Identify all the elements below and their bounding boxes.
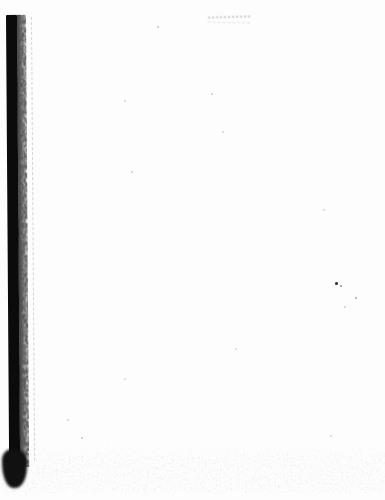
dust-speck: [330, 435, 332, 437]
dust-speck: [323, 209, 325, 211]
dust-speck: [211, 93, 213, 95]
scanned-page: [0, 0, 385, 500]
dust-speck: [131, 171, 133, 173]
dust-speck: [355, 297, 357, 299]
bottom-ink-blob: [2, 449, 27, 488]
dust-speck: [335, 282, 338, 285]
smudge-dashes-faint: [208, 19, 250, 24]
dust-speck: [340, 285, 342, 287]
fringe-grain: [17, 15, 29, 467]
bottom-noise-band: [0, 445, 385, 493]
gutter-hairline: [31, 17, 35, 461]
noise-fade: [0, 445, 385, 457]
dust-speck: [124, 378, 126, 380]
smudge-dashes: [208, 12, 250, 18]
dust-speck: [222, 131, 224, 133]
gutter-fringe: [17, 15, 29, 467]
dust-speck: [235, 348, 237, 350]
dust-speck: [157, 26, 159, 28]
gutter-shadow: [6, 15, 51, 467]
dust-speck: [81, 437, 83, 439]
top-pencil-smudge: [208, 13, 250, 23]
dust-speck: [67, 419, 69, 421]
dust-speck: [124, 100, 126, 102]
noise-texture-dense: [0, 458, 385, 486]
dust-speck: [344, 306, 346, 308]
